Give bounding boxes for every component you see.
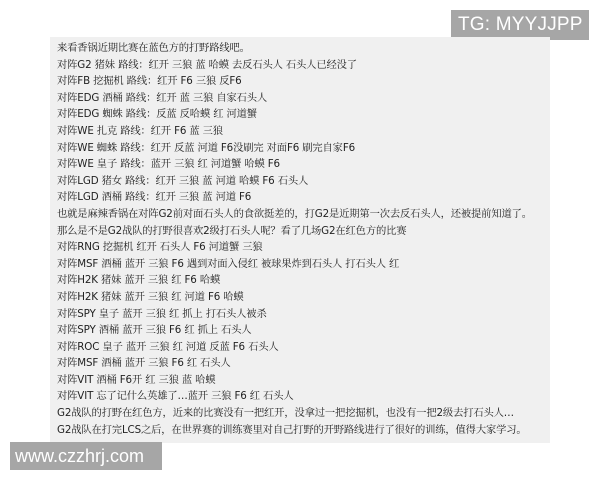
article-line-intro: 来看香锅近期比赛在蓝色方的打野路线吧。 [57, 40, 550, 57]
article-line-conclusion: G2战队的打野在红色方，近来的比赛没有一把红开，没拿过一把挖掘机，也没有一把2级… [57, 405, 550, 422]
article-line: 对阵EDG 蜘蛛 路线：反蓝 反哈蟆 红 河道蟹 [57, 106, 550, 123]
article-line: 对阵H2K 猪妹 蓝开 三狼 红 河道 F6 哈蟆 [57, 289, 550, 306]
article-line-conclusion: G2战队在打完LCS之后，在世界赛的训练赛里对自己打野的开野路线进行了很好的训练… [57, 422, 550, 439]
article-line: 对阵WE 蜘蛛 路线：红开 反蓝 河道 F6没刷完 对面F6 刷完自家F6 [57, 140, 550, 157]
article-line: 对阵G2 猪妹 路线：红开 三狼 蓝 哈蟆 去反石头人 石头人已经没了 [57, 57, 550, 74]
article-line: 对阵FB 挖掘机 路线：红开 F6 三狼 反F6 [57, 73, 550, 90]
article-line: 对阵LGD 猪女 路线：红开 三狼 蓝 河道 哈蟆 F6 石头人 [57, 173, 550, 190]
watermark-site: www.czzhrj.com [10, 442, 162, 470]
article-line-question: 那么是不是G2战队的打野很喜欢2级打石头人呢？看了几场G2在红色方的比赛 [57, 223, 550, 240]
article-line: 对阵SPY 酒桶 蓝开 三狼 F6 红 抓上 石头人 [57, 322, 550, 339]
article-text-block: 来看香锅近期比赛在蓝色方的打野路线吧。 对阵G2 猪妹 路线：红开 三狼 蓝 哈… [50, 37, 550, 443]
article-line: 对阵VIT 忘了记什么英雄了…蓝开 三狼 F6 红 石头人 [57, 388, 550, 405]
article-line: 对阵ROC 皇子 蓝开 三狼 红 河道 反蓝 F6 石头人 [57, 339, 550, 356]
article-line: 对阵LGD 酒桶 路线：红开 三狼 蓝 河道 F6 [57, 189, 550, 206]
watermark-tg: TG: MYYJJPP [451, 10, 589, 40]
article-line: 对阵RNG 挖掘机 红开 石头人 F6 河道蟹 三狼 [57, 239, 550, 256]
article-line: 对阵VIT 酒桶 F6开 红 三狼 蓝 哈蟆 [57, 372, 550, 389]
article-line: 对阵WE 皇子 路线：蓝开 三狼 红 河道蟹 哈蟆 F6 [57, 156, 550, 173]
article-line-summary: 也就是麻辣香锅在对阵G2前对面石头人的食欲挺差的，打G2是近期第一次去反石头人，… [57, 206, 550, 223]
article-line: 对阵SPY 皇子 蓝开 三狼 红 抓上 打石头人被杀 [57, 306, 550, 323]
article-line: 对阵MSF 酒桶 蓝开 三狼 F6 遇到对面入侵红 被球果炸到石头人 打石头人 … [57, 256, 550, 273]
article-line: 对阵H2K 猪妹 蓝开 三狼 红 F6 哈蟆 [57, 272, 550, 289]
article-line: 对阵WE 扎克 路线：红开 F6 蓝 三狼 [57, 123, 550, 140]
page: TG: MYYJJPP 来看香锅近期比赛在蓝色方的打野路线吧。 对阵G2 猪妹 … [0, 0, 600, 480]
article-line: 对阵EDG 酒桶 路线：红开 蓝 三狼 自家石头人 [57, 90, 550, 107]
article-line: 对阵MSF 酒桶 蓝开 三狼 F6 红 石头人 [57, 355, 550, 372]
